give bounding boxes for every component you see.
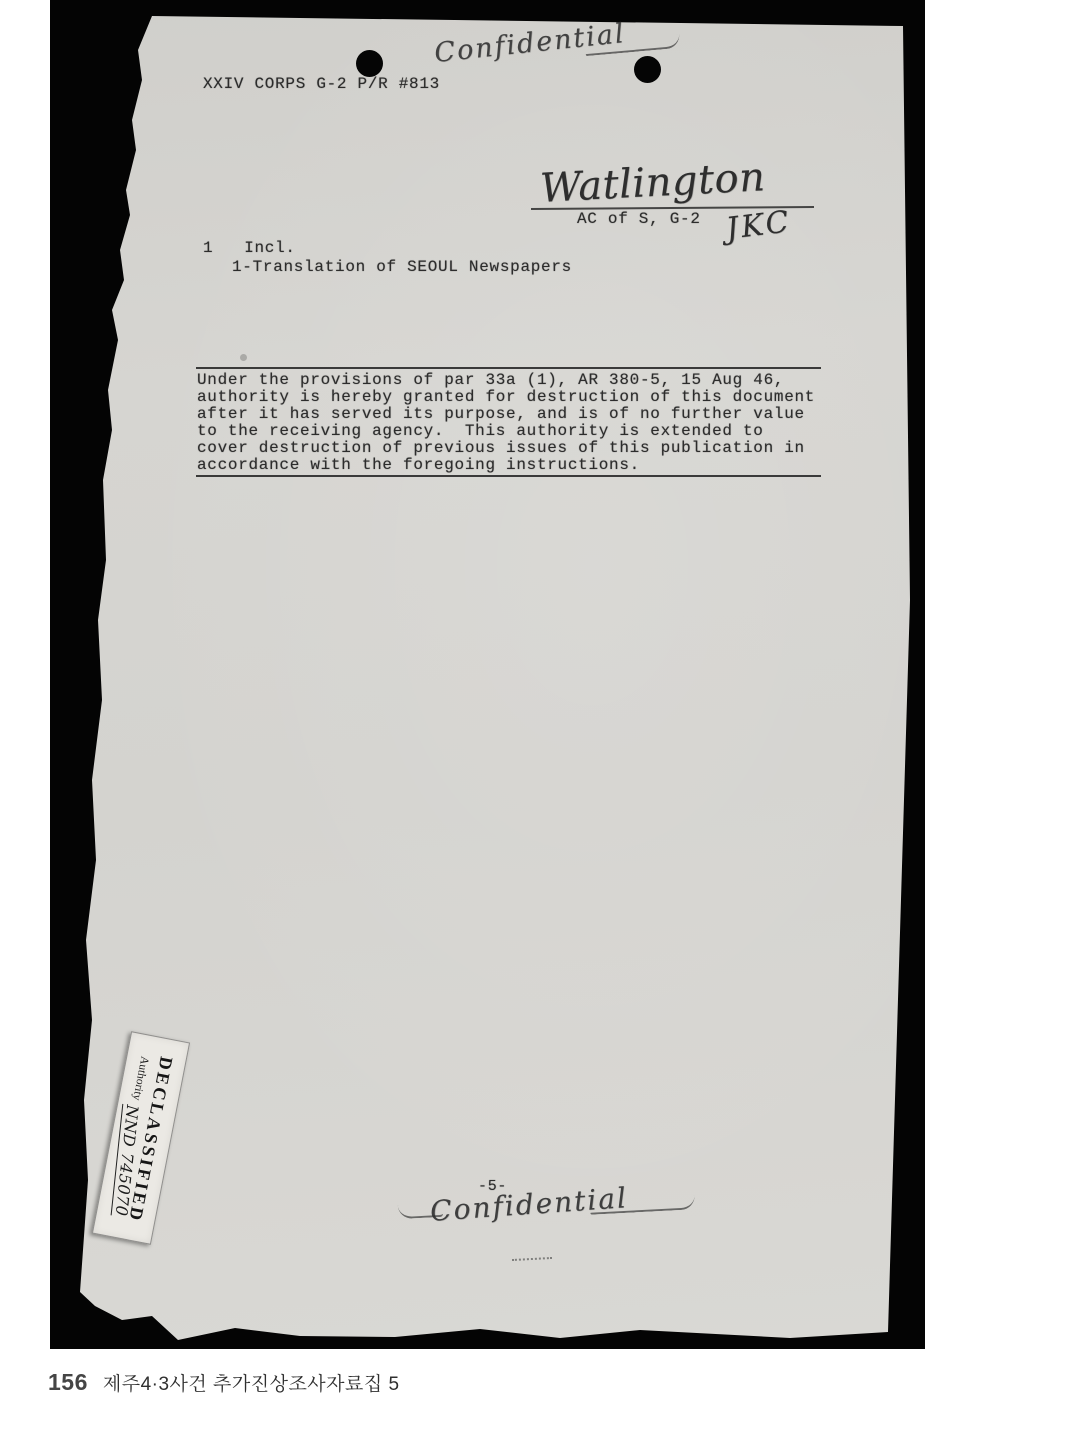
book-caption: 제주4·3사건 추가진상조사자료집 5 bbox=[103, 1369, 400, 1396]
destruction-notice: Under the provisions of par 33a (1), AR … bbox=[196, 367, 821, 477]
hole-punch-left bbox=[356, 50, 383, 77]
notice-line: accordance with the foregoing instructio… bbox=[197, 457, 821, 474]
notice-line: authority is hereby granted for destruct… bbox=[197, 389, 821, 406]
notice-line: after it has served its purpose, and is … bbox=[197, 406, 821, 423]
document-paper bbox=[50, 0, 925, 1349]
notice-line: cover destruction of previous issues of … bbox=[197, 440, 821, 457]
document-header-line: XXIV CORPS G-2 P/R #813 bbox=[203, 76, 440, 93]
notice-line: Under the provisions of par 33a (1), AR … bbox=[197, 372, 821, 389]
book-page-number: 156 bbox=[48, 1369, 88, 1396]
book-page: Confidential XXIV CORPS G-2 P/R #813 Wat… bbox=[0, 0, 1080, 1439]
enclosure-item-line: 1-Translation of SEOUL Newspapers bbox=[232, 259, 572, 276]
signature-title-line: AC of S, G-2 bbox=[577, 211, 701, 228]
enclosure-count-line: 1 Incl. bbox=[203, 240, 296, 257]
notice-line: to the receiving agency. This authority … bbox=[197, 423, 821, 440]
paper-speck bbox=[240, 354, 247, 361]
authority-label: Authority bbox=[131, 1055, 151, 1101]
scan-background bbox=[50, 0, 925, 1349]
book-footer: 156 제주4·3사건 추가진상조사자료집 5 bbox=[48, 1369, 400, 1396]
hole-punch-right bbox=[634, 56, 661, 83]
